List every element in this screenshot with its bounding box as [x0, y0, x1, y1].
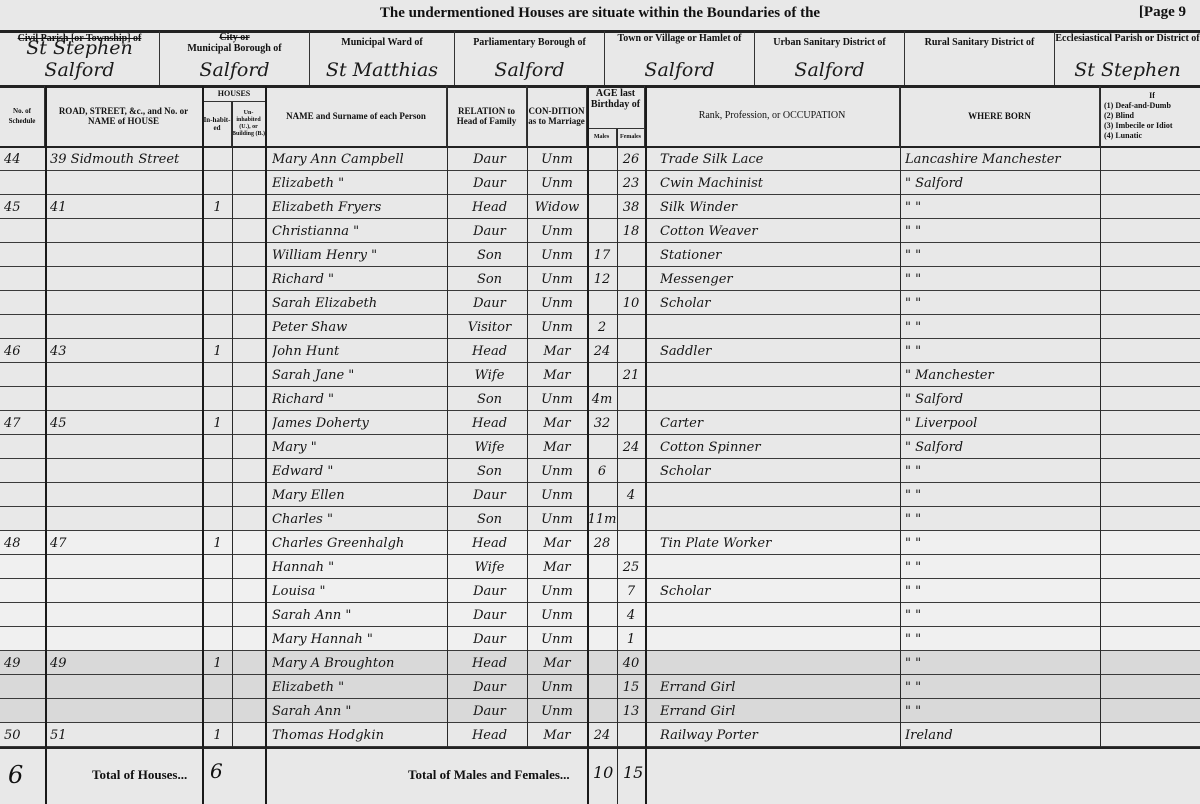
area-ecclesiastical-parish: Ecclesiastical Parish or District of St … [1055, 31, 1200, 85]
road-address [50, 267, 202, 290]
table-row: Mary EllenDaurUnm4" " [0, 483, 1200, 507]
inhabited-count: 1 [203, 531, 232, 554]
occupation: Errand Girl [660, 675, 900, 698]
condition: Unm [527, 243, 587, 266]
road-address [50, 363, 202, 386]
occupation: Tin Plate Worker [660, 531, 900, 554]
age-female: 7 [617, 579, 645, 602]
person-name: Elizabeth Fryers [272, 195, 447, 218]
relation: Son [452, 243, 527, 266]
inhabited-count [203, 435, 232, 458]
person-name: Sarah Elizabeth [272, 291, 447, 314]
person-name: John Hunt [272, 339, 447, 362]
area-label: Municipal Ward of [310, 31, 454, 48]
inhabited-count [203, 267, 232, 290]
col-name: NAME and Surname of each Person [266, 86, 447, 146]
schedule-number [4, 459, 44, 482]
road-address [50, 291, 202, 314]
schedule-number [4, 243, 44, 266]
road-address: 49 [50, 651, 202, 674]
inhabited-count [203, 291, 232, 314]
divider [202, 86, 204, 804]
where-born: " " [905, 651, 1100, 674]
schedule-number: 46 [4, 339, 44, 362]
where-born: " " [905, 699, 1100, 722]
road-address [50, 699, 202, 722]
column-headers: No. of Schedule ROAD, STREET, &c., and N… [0, 86, 1200, 148]
occupation: Scholar [660, 459, 900, 482]
where-born: " " [905, 459, 1100, 482]
condition: Mar [527, 411, 587, 434]
relation: Son [452, 387, 527, 410]
inhabited-count [203, 675, 232, 698]
condition: Unm [527, 315, 587, 338]
age-female: 25 [617, 555, 645, 578]
col-males: Males [587, 129, 617, 146]
age-female: 24 [617, 435, 645, 458]
age-female: 4 [617, 483, 645, 506]
area-value: St Stephen [1055, 59, 1200, 81]
col-houses: HOUSES [203, 86, 266, 102]
page-number: [Page 9 [1139, 4, 1186, 21]
age-female [617, 387, 645, 410]
person-name: Mary Ann Campbell [272, 147, 447, 170]
age-male [587, 219, 617, 242]
where-born: " " [905, 579, 1100, 602]
inhabited-count [203, 363, 232, 386]
age-male: 6 [587, 459, 617, 482]
condition: Unm [527, 627, 587, 650]
age-female: 13 [617, 699, 645, 722]
relation: Visitor [452, 315, 527, 338]
divider [617, 129, 618, 804]
age-male: 17 [587, 243, 617, 266]
divider [645, 86, 647, 804]
area-label: Ecclesiastical Parish or District of [1055, 31, 1200, 44]
age-female [617, 339, 645, 362]
age-female [617, 315, 645, 338]
person-name: Sarah Ann " [272, 699, 447, 722]
age-male [587, 675, 617, 698]
age-female [617, 411, 645, 434]
where-born: " " [905, 315, 1100, 338]
col-inhabited: In-habit-ed [203, 102, 232, 146]
table-row: Hannah "WifeMar25" " [0, 555, 1200, 579]
inhabited-count [203, 459, 232, 482]
person-name: Mary Hannah " [272, 627, 447, 650]
table-row: Richard "SonUnm4m" Salford [0, 387, 1200, 411]
inhabited-count [203, 555, 232, 578]
table-row: Mary Hannah "DaurUnm1" " [0, 627, 1200, 651]
table-row: Christianna "DaurUnm18Cotton Weaver" " [0, 219, 1200, 243]
where-born: " Manchester [905, 363, 1100, 386]
person-name: Louisa " [272, 579, 447, 602]
relation: Wife [452, 435, 527, 458]
road-address [50, 507, 202, 530]
schedule-number: 48 [4, 531, 44, 554]
divider [265, 86, 267, 804]
road-address [50, 675, 202, 698]
occupation: Saddler [660, 339, 900, 362]
person-name: Richard " [272, 387, 447, 410]
where-born: " " [905, 267, 1100, 290]
schedule-number [4, 267, 44, 290]
where-born: " " [905, 603, 1100, 626]
col-condition: CON-DITION as to Marriage [527, 86, 587, 146]
condition: Mar [527, 435, 587, 458]
totals-males: 10 [593, 763, 613, 782]
condition: Mar [527, 531, 587, 554]
schedule-number: 44 [4, 147, 44, 170]
age-female: 18 [617, 219, 645, 242]
age-male [587, 579, 617, 602]
area-label: Town or Village or Hamlet of [605, 31, 754, 44]
table-row: Peter ShawVisitorUnm2" " [0, 315, 1200, 339]
where-born: " Salford [905, 387, 1100, 410]
age-male [587, 651, 617, 674]
where-born: " " [905, 675, 1100, 698]
age-female [617, 459, 645, 482]
age-male [587, 627, 617, 650]
area-value: St Matthias [310, 59, 454, 81]
area-municipal-ward: Municipal Ward of St Matthias [310, 31, 455, 85]
schedule-number [4, 171, 44, 194]
area-value: Salford [755, 59, 904, 81]
age-male [587, 603, 617, 626]
relation: Daur [452, 483, 527, 506]
relation: Son [452, 459, 527, 482]
relation: Daur [452, 675, 527, 698]
totals-houses-label: Total of Houses... [92, 767, 187, 783]
condition: Mar [527, 723, 587, 746]
table-row: 47451James DohertyHeadMar32Carter" Liver… [0, 411, 1200, 435]
relation: Daur [452, 699, 527, 722]
inhabited-count [203, 243, 232, 266]
person-name: Elizabeth " [272, 675, 447, 698]
where-born: Lancashire Manchester [905, 147, 1100, 170]
person-name: James Doherty [272, 411, 447, 434]
age-female [617, 507, 645, 530]
page-header: The undermentioned Houses are situate wi… [0, 0, 1200, 33]
area-value: Salford [605, 59, 754, 81]
relation: Head [452, 339, 527, 362]
inhabited-count: 1 [203, 723, 232, 746]
road-address [50, 171, 202, 194]
condition: Widow [527, 195, 587, 218]
person-name: Edward " [272, 459, 447, 482]
table-row: Sarah Ann "DaurUnm4" " [0, 603, 1200, 627]
inhabited-count [203, 603, 232, 626]
person-name: Charles Greenhalgh [272, 531, 447, 554]
occupation: Stationer [660, 243, 900, 266]
area-town: Town or Village or Hamlet of Salford [605, 31, 755, 85]
relation: Daur [452, 579, 527, 602]
road-address [50, 603, 202, 626]
condition: Unm [527, 579, 587, 602]
occupation: Scholar [660, 579, 900, 602]
table-row: 49491Mary A BroughtonHeadMar40" " [0, 651, 1200, 675]
condition: Unm [527, 603, 587, 626]
where-born: " " [905, 555, 1100, 578]
area-value: Salford [455, 59, 604, 81]
occupation [660, 315, 900, 338]
condition: Mar [527, 339, 587, 362]
where-born: Ireland [905, 723, 1100, 746]
col-where-born: WHERE BORN [900, 86, 1100, 146]
age-female [617, 267, 645, 290]
age-male: 24 [587, 339, 617, 362]
occupation [660, 651, 900, 674]
where-born: " " [905, 219, 1100, 242]
area-municipal-borough: City orMunicipal Borough of Salford [160, 31, 310, 85]
condition: Mar [527, 555, 587, 578]
col-uninhabited: Un-inhabited (U.), or Building (B.) [232, 102, 266, 146]
condition: Unm [527, 219, 587, 242]
divider [587, 86, 589, 804]
where-born: " " [905, 291, 1100, 314]
schedule-number: 50 [4, 723, 44, 746]
relation: Daur [452, 291, 527, 314]
road-address [50, 435, 202, 458]
road-address [50, 459, 202, 482]
occupation: Errand Girl [660, 699, 900, 722]
table-row: Elizabeth "DaurUnm23Cwin Machinist" Salf… [0, 171, 1200, 195]
divider [447, 86, 448, 747]
person-name: Peter Shaw [272, 315, 447, 338]
person-name: Elizabeth " [272, 171, 447, 194]
person-name: Sarah Ann " [272, 603, 447, 626]
area-label: Rural Sanitary District of [905, 31, 1054, 48]
schedule-number: 47 [4, 411, 44, 434]
person-name: Thomas Hodgkin [272, 723, 447, 746]
road-address: 39 Sidmouth Street [50, 147, 202, 170]
occupation: Carter [660, 411, 900, 434]
table-row: 45411Elizabeth FryersHeadWidow38Silk Win… [0, 195, 1200, 219]
where-born: " " [905, 483, 1100, 506]
age-female: 21 [617, 363, 645, 386]
age-male [587, 195, 617, 218]
area-label: Parliamentary Borough of [455, 31, 604, 48]
col-infirmity: If (1) Deaf-and-Dumb (2) Blind (3) Imbec… [1100, 86, 1200, 146]
totals-people-label: Total of Males and Females... [408, 767, 570, 783]
occupation: Scholar [660, 291, 900, 314]
occupation: Cwin Machinist [660, 171, 900, 194]
schedule-number [4, 435, 44, 458]
person-name: Mary " [272, 435, 447, 458]
area-value: St Stephen Salford [0, 37, 159, 81]
inhabited-count [203, 315, 232, 338]
age-male: 32 [587, 411, 617, 434]
occupation [660, 507, 900, 530]
condition: Unm [527, 387, 587, 410]
table-row: Elizabeth "DaurUnm15Errand Girl" " [0, 675, 1200, 699]
relation: Son [452, 507, 527, 530]
table-row: 50511Thomas HodgkinHeadMar24Railway Port… [0, 723, 1200, 747]
where-born: " Salford [905, 171, 1100, 194]
divider [1100, 86, 1101, 747]
schedule-number [4, 603, 44, 626]
condition: Unm [527, 291, 587, 314]
schedule-number [4, 387, 44, 410]
age-male [587, 291, 617, 314]
road-address [50, 243, 202, 266]
table-row: Edward "SonUnm6Scholar" " [0, 459, 1200, 483]
table-row: 48471Charles GreenhalghHeadMar28Tin Plat… [0, 531, 1200, 555]
area-rural-sanitary: Rural Sanitary District of [905, 31, 1055, 85]
relation: Head [452, 651, 527, 674]
age-male [587, 483, 617, 506]
where-born: " Liverpool [905, 411, 1100, 434]
divider [527, 86, 528, 747]
road-address [50, 483, 202, 506]
totals-houses-count-left: 6 [8, 761, 23, 789]
divider [232, 102, 233, 747]
schedule-number [4, 291, 44, 314]
condition: Unm [527, 507, 587, 530]
occupation: Trade Silk Lace [660, 147, 900, 170]
schedule-number [4, 483, 44, 506]
relation: Daur [452, 603, 527, 626]
age-male [587, 435, 617, 458]
age-male [587, 147, 617, 170]
inhabited-count [203, 387, 232, 410]
inhabited-count [203, 483, 232, 506]
inhabited-count [203, 147, 232, 170]
col-age: AGE last Birthday of [587, 86, 645, 129]
page-title: The undermentioned Houses are situate wi… [0, 5, 1200, 22]
table-row: William Henry "SonUnm17Stationer" " [0, 243, 1200, 267]
occupation: Silk Winder [660, 195, 900, 218]
age-male: 2 [587, 315, 617, 338]
occupation [660, 627, 900, 650]
where-born: " Salford [905, 435, 1100, 458]
totals-houses-value: 6 [210, 759, 223, 783]
person-name: Hannah " [272, 555, 447, 578]
schedule-number [4, 627, 44, 650]
condition: Mar [527, 363, 587, 386]
road-address: 43 [50, 339, 202, 362]
road-address: 47 [50, 531, 202, 554]
area-parliamentary-borough: Parliamentary Borough of Salford [455, 31, 605, 85]
table-row: 4439 Sidmouth StreetMary Ann CampbellDau… [0, 147, 1200, 171]
road-address: 41 [50, 195, 202, 218]
table-row: Richard "SonUnm12Messenger" " [0, 267, 1200, 291]
age-female: 4 [617, 603, 645, 626]
totals-females: 15 [623, 763, 643, 782]
inhabited-count [203, 507, 232, 530]
divider [900, 86, 901, 747]
condition: Unm [527, 147, 587, 170]
road-address [50, 627, 202, 650]
relation: Wife [452, 363, 527, 386]
area-label: Municipal Borough of [187, 43, 281, 54]
col-road: ROAD, STREET, &c., and No. or NAME of HO… [45, 86, 203, 146]
age-male: 24 [587, 723, 617, 746]
relation: Head [452, 411, 527, 434]
schedule-number [4, 699, 44, 722]
age-female: 40 [617, 651, 645, 674]
road-address [50, 315, 202, 338]
person-name: Charles " [272, 507, 447, 530]
age-female [617, 243, 645, 266]
age-female: 1 [617, 627, 645, 650]
inhabited-count [203, 699, 232, 722]
condition: Unm [527, 483, 587, 506]
age-male: 12 [587, 267, 617, 290]
road-address [50, 219, 202, 242]
person-name: Richard " [272, 267, 447, 290]
schedule-number [4, 555, 44, 578]
condition: Unm [527, 267, 587, 290]
relation: Daur [452, 219, 527, 242]
occupation [660, 363, 900, 386]
table-row: Sarah Ann "DaurUnm13Errand Girl" " [0, 699, 1200, 723]
relation: Head [452, 723, 527, 746]
inhabited-count [203, 171, 232, 194]
age-female: 15 [617, 675, 645, 698]
occupation [660, 483, 900, 506]
relation: Head [452, 195, 527, 218]
occupation: Railway Porter [660, 723, 900, 746]
age-female [617, 723, 645, 746]
where-born: " " [905, 627, 1100, 650]
road-address [50, 555, 202, 578]
area-value: Salford [160, 59, 309, 81]
person-name: Mary A Broughton [272, 651, 447, 674]
col-occupation: Rank, Profession, or OCCUPATION [645, 86, 900, 146]
age-male: 4m [587, 387, 617, 410]
relation: Daur [452, 171, 527, 194]
relation: Head [452, 531, 527, 554]
inhabited-count: 1 [203, 339, 232, 362]
col-females: Females [617, 129, 645, 146]
inhabited-count [203, 219, 232, 242]
road-address [50, 387, 202, 410]
inhabited-count [203, 579, 232, 602]
schedule-number: 49 [4, 651, 44, 674]
condition: Unm [527, 171, 587, 194]
schedule-number [4, 219, 44, 242]
occupation [660, 387, 900, 410]
schedule-number [4, 579, 44, 602]
condition: Unm [527, 699, 587, 722]
age-male: 28 [587, 531, 617, 554]
age-female: 23 [617, 171, 645, 194]
road-address: 45 [50, 411, 202, 434]
relation: Daur [452, 627, 527, 650]
age-female [617, 531, 645, 554]
age-male [587, 699, 617, 722]
area-urban-sanitary: Urban Sanitary District of Salford [755, 31, 905, 85]
schedule-number: 45 [4, 195, 44, 218]
totals-row: 6 Total of Houses... 6 Total of Males an… [0, 747, 1200, 804]
occupation [660, 555, 900, 578]
occupation: Cotton Spinner [660, 435, 900, 458]
table-row: Sarah ElizabethDaurUnm10Scholar" " [0, 291, 1200, 315]
schedule-number [4, 315, 44, 338]
age-male [587, 363, 617, 386]
table-row: Sarah Jane "WifeMar21" Manchester [0, 363, 1200, 387]
inhabited-count: 1 [203, 195, 232, 218]
area-civil-parish: Civil Parish [or Township] of St Stephen… [0, 31, 160, 85]
age-male [587, 171, 617, 194]
person-name: Christianna " [272, 219, 447, 242]
condition: Mar [527, 651, 587, 674]
inhabited-count: 1 [203, 651, 232, 674]
relation: Wife [452, 555, 527, 578]
occupation [660, 603, 900, 626]
condition: Unm [527, 459, 587, 482]
